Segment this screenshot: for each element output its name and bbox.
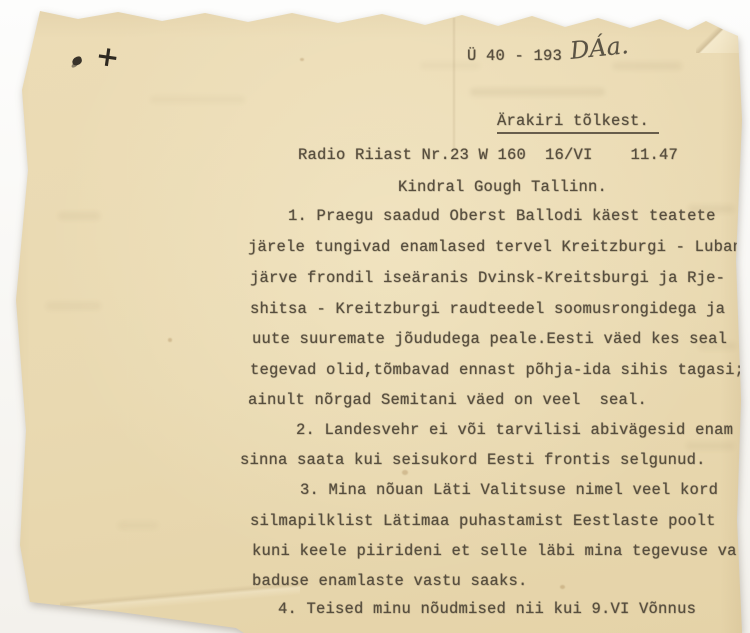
body-line: 2. Landesvehr ei või tarvilisi abivägesi… xyxy=(296,420,733,440)
body-line: tegevad olid,tõmbavad ennast põhja-ida s… xyxy=(250,360,744,380)
paper-crease xyxy=(452,18,456,148)
bleedthrough-mark xyxy=(686,442,734,450)
body-line: 1. Praegu saadud Oberst Ballodi käest te… xyxy=(288,206,716,226)
body-line: ainult nõrgad Semitani väed on veel seal… xyxy=(248,390,647,410)
handwritten-initials: DÁa. xyxy=(569,31,630,65)
body-line: järele tungivad enamlased tervel Kreitzb… xyxy=(248,237,750,257)
addressee-line: Kindral Gough Tallinn. xyxy=(398,177,607,197)
foxing-spot xyxy=(402,470,408,475)
body-line: sinna saata kui seisukord Eesti frontis … xyxy=(240,450,706,470)
paper-shadow-wrap: + Ü 40 - 193 DÁa. Ärakiri tõlkest. Radio… xyxy=(0,0,750,633)
dogear-fold xyxy=(696,15,740,53)
heading-text: Ärakiri tõlkest. xyxy=(497,112,659,134)
bleedthrough-mark xyxy=(612,62,682,70)
body-line: silmapilklist Lätimaa puhastamist Eestla… xyxy=(250,511,716,531)
document-paper: + Ü 40 - 193 DÁa. Ärakiri tõlkest. Radio… xyxy=(0,0,750,633)
bleedthrough-mark xyxy=(150,96,245,103)
foxing-spot xyxy=(300,58,304,61)
body-line: 4. Teised minu nõudmised nii kui 9.VI Võ… xyxy=(278,599,696,619)
cross-mark: + xyxy=(94,39,122,75)
bleedthrough-mark xyxy=(118,522,158,529)
body-line: järve frondil iseäranis Dvinsk-Kreitsbur… xyxy=(250,268,725,288)
registry-number: Ü 40 - 193 xyxy=(467,46,562,66)
bleedthrough-mark xyxy=(470,88,605,96)
document-heading: Ärakiri tõlkest. xyxy=(497,111,659,131)
body-line: 3. Mina nõuan Läti Valitsuse nimel veel … xyxy=(300,480,718,500)
body-line: uute suuremate jõududega peale.Eesti väe… xyxy=(252,329,727,349)
body-line: baduse enamlaste vastu saaks. xyxy=(252,571,528,591)
ink-blot xyxy=(71,56,83,67)
foxing-spot xyxy=(168,338,172,342)
foxing-spot xyxy=(560,585,565,589)
bleedthrough-mark xyxy=(58,212,100,220)
bleedthrough-mark xyxy=(46,302,101,310)
body-line: kuni keele piirideni et selle läbi mina … xyxy=(252,541,746,561)
source-line: Radio Riiast Nr.23 W 160 16/VI 11.47 xyxy=(298,145,678,165)
body-line: shitsa - Kreitzburgi raudteedel soomusro… xyxy=(250,299,725,319)
